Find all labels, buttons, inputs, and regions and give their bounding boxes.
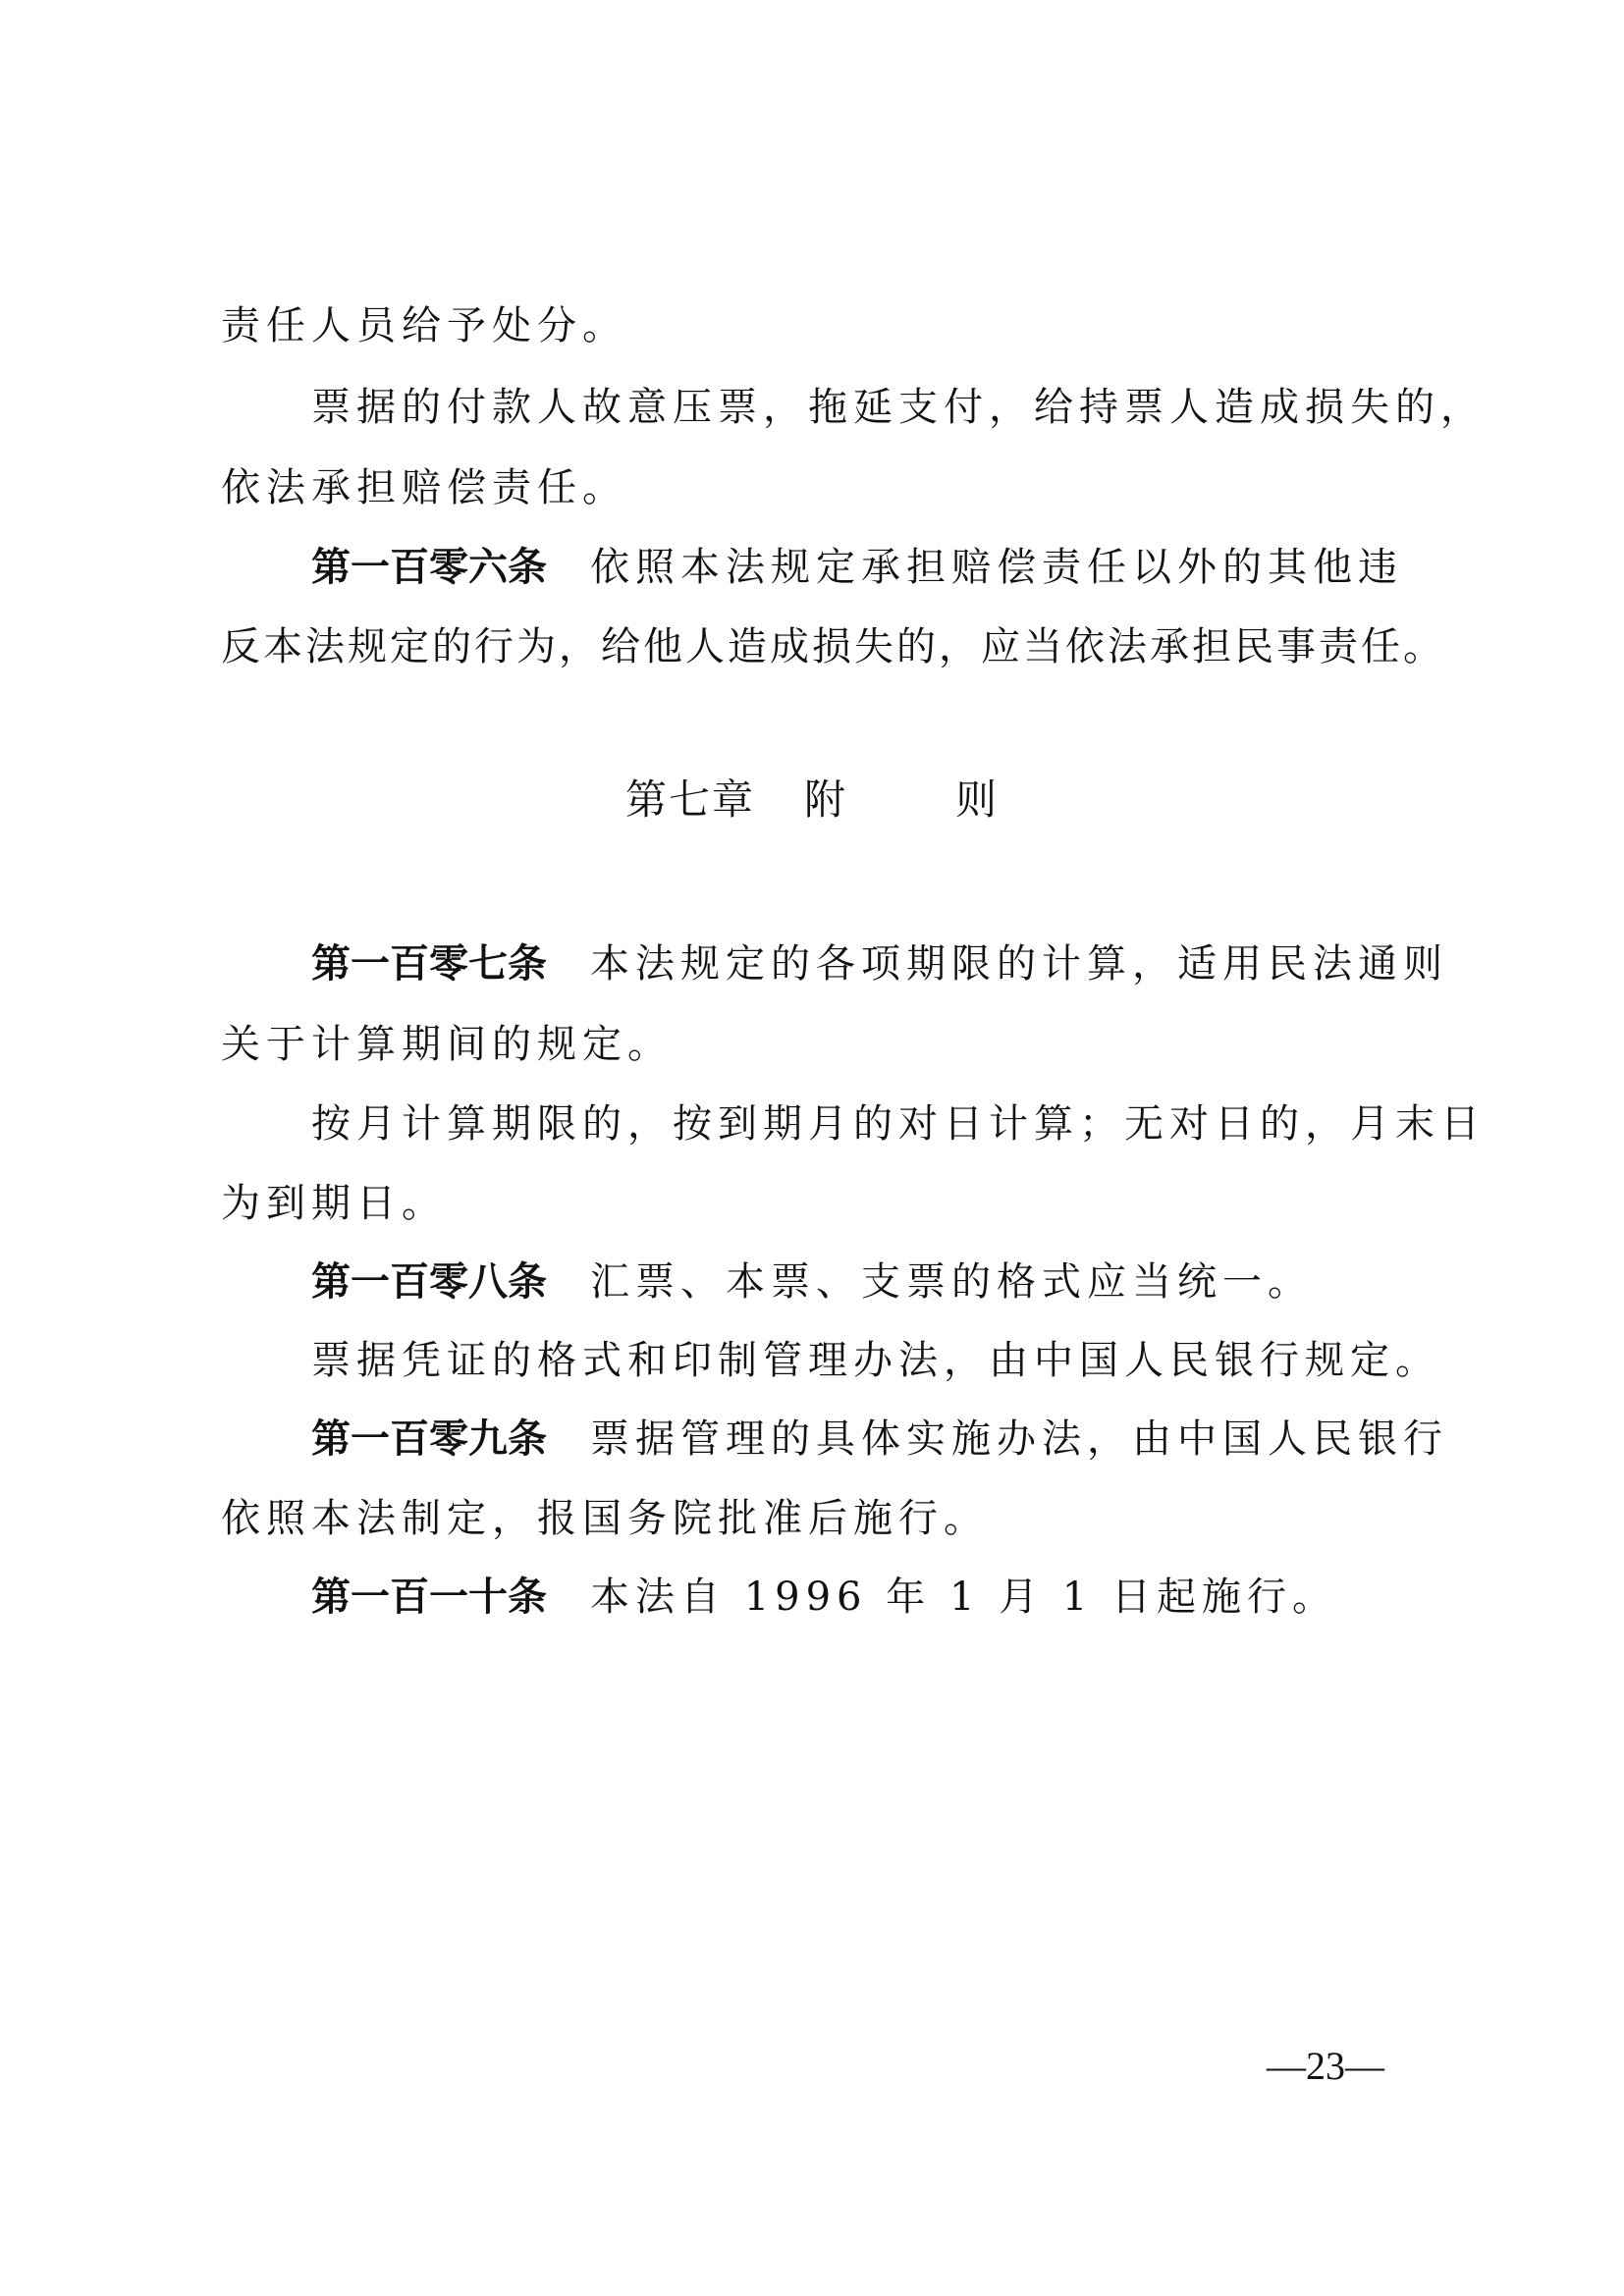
- paragraph-line: 为到期日。: [221, 1174, 1438, 1233]
- chapter-title-2: 则: [955, 775, 999, 824]
- paragraph-line: 责任人员给予处分。: [221, 296, 1438, 355]
- paragraph-line: 依法承担赔偿责任。: [221, 458, 1438, 517]
- article-109: 第一百零九条票据管理的具体实施办法，由中国人民银行: [221, 1410, 1529, 1468]
- article-label: 第一百零八条: [311, 1259, 547, 1305]
- article-label: 第一百一十条: [311, 1575, 547, 1620]
- document-page: 责任人员给予处分。 票据的付款人故意压票，拖延支付，给持票人造成损失的， 依法承…: [0, 0, 1624, 2296]
- article-text: 依照本法规定承担赔偿责任以外的其他违: [590, 545, 1403, 590]
- article-107: 第一百零七条本法规定的各项期限的计算，适用民法通则: [221, 934, 1529, 993]
- article-label: 第一百零九条: [311, 1416, 547, 1462]
- page-number: —23—: [1267, 2037, 1384, 2096]
- paragraph-line: 票据的付款人故意压票，拖延支付，给持票人造成损失的，: [221, 378, 1529, 437]
- article-110: 第一百一十条本法自 1996 年 1 月 1 日起施行。: [221, 1568, 1529, 1627]
- paragraph-line: 依照本法制定，报国务院批准后施行。: [221, 1489, 1438, 1548]
- chapter-title-1: 附: [804, 775, 847, 824]
- article-108: 第一百零八条汇票、本票、支票的格式应当统一。: [221, 1253, 1529, 1311]
- chapter-number: 第七章: [625, 775, 755, 824]
- article-text: 本法自 1996 年 1 月 1 日起施行。: [590, 1575, 1337, 1620]
- paragraph-line: 按月计算期限的，按到期月的对日计算；无对日的，月末日: [221, 1095, 1529, 1153]
- paragraph-line: 关于计算期间的规定。: [221, 1015, 1438, 1074]
- chapter-heading: 第七章附则: [0, 771, 1624, 829]
- article-label: 第一百零六条: [311, 545, 547, 590]
- article-text: 票据管理的具体实施办法，由中国人民银行: [590, 1416, 1448, 1462]
- paragraph-line: 票据凭证的格式和印制管理办法，由中国人民银行规定。: [221, 1331, 1529, 1390]
- article-text: 本法规定的各项期限的计算，适用民法通则: [590, 941, 1448, 987]
- article-106: 第一百零六条依照本法规定承担赔偿责任以外的其他违: [221, 538, 1529, 597]
- paragraph-line: 反本法规定的行为，给他人造成损失的，应当依法承担民事责任。: [221, 617, 1438, 676]
- article-text: 汇票、本票、支票的格式应当统一。: [590, 1259, 1313, 1305]
- article-label: 第一百零七条: [311, 941, 547, 987]
